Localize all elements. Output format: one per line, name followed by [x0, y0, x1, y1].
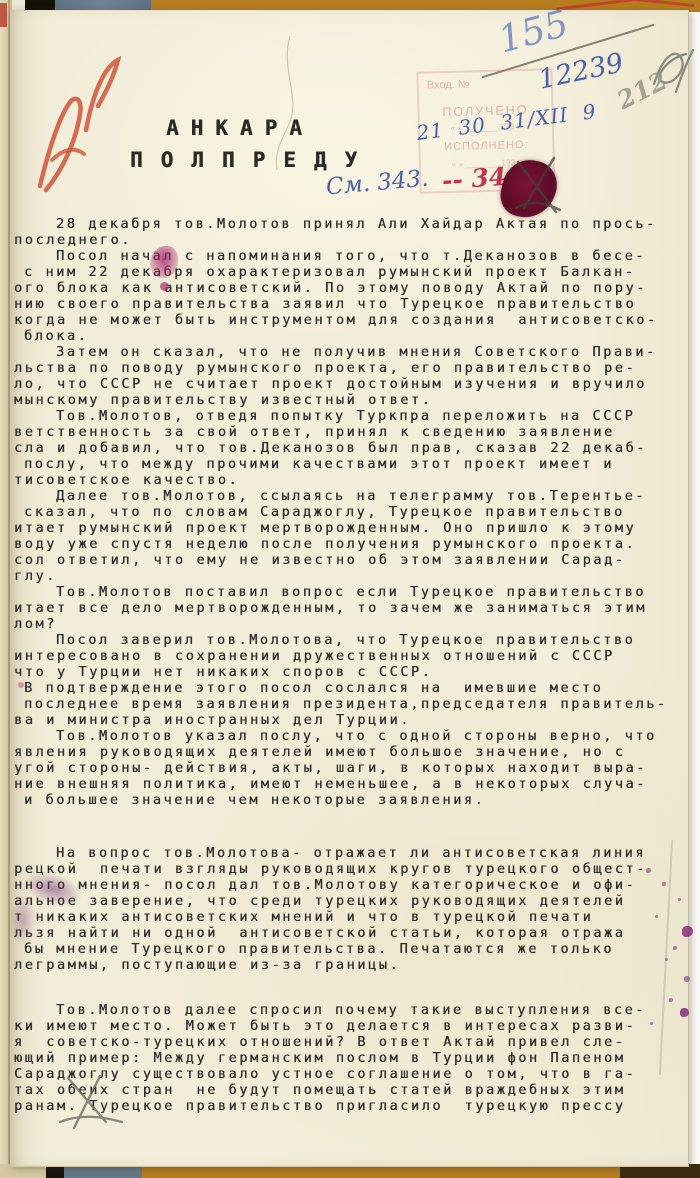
typed-line: рецкой печати взгляды руководящих кругов…: [14, 861, 686, 877]
typed-line: нию своего правительства заявил что Туре…: [14, 296, 686, 312]
typed-line: блока.: [24, 328, 686, 344]
red-speck: [18, 682, 24, 688]
typed-line: ние внешняя политика, имеют неменьшее, а…: [14, 776, 686, 792]
typed-line: последнее время заявления президента,пре…: [24, 696, 686, 712]
typed-line: последнего.: [14, 232, 686, 248]
pencil-cross-bottom: [54, 1072, 142, 1134]
typed-line: Тов.Молотов указал послу, что с одной ст…: [56, 728, 686, 744]
purple-speck: [682, 926, 693, 937]
document-page: 155 12239 212 Вход. № ПОЛУЧЕНО « » _____…: [10, 10, 689, 1167]
typed-line: итает все дело мертворожденным, то зачем…: [14, 600, 686, 616]
typed-line: Затем он сказал, что не получив мнения С…: [56, 344, 686, 360]
typed-line: леграммы, поступающие из-за границы.: [14, 957, 686, 973]
stamp-line: Вход. №: [419, 76, 551, 91]
typed-line: Далее тов.Молотов, ссылаясь на телеграмм…: [56, 488, 686, 504]
typed-line: тисоветское качество.: [14, 472, 686, 488]
typed-line: глу.: [14, 568, 686, 584]
typed-line: интересовано в сохранении дружественных …: [14, 648, 686, 664]
typed-line: и большее значение чем некоторые заявлен…: [24, 792, 686, 808]
typed-line: льзя найти ни одной антисоветской статьи…: [14, 925, 686, 941]
typed-line: т никаких антисоветских мнений и что в т…: [14, 909, 686, 925]
typed-line: сказал, что по словам Сараджоглу, Турецк…: [24, 504, 686, 520]
typed-line: когда не может быть инструментом для соз…: [14, 312, 686, 328]
typed-line: 28 декабря тов.Молотов принял Али Хайдар…: [56, 216, 686, 232]
typed-line: ло, что СССР не считает проект достойным…: [14, 376, 686, 392]
typed-line: альное заверение, что среди турецких рук…: [14, 893, 686, 909]
purple-smudge: [10, 896, 36, 944]
pencil-cross-over-blot: [508, 148, 570, 222]
header-city: АНКАРА: [166, 116, 314, 140]
typed-line: Тов.Молотов, отведя попытку Туркпра пере…: [56, 408, 686, 424]
typed-line: сла и добавил, что тов.Деканозов был пра…: [14, 440, 686, 456]
typed-line: мынскому правительству известный ответ.: [14, 392, 686, 408]
typed-line: Тов.Молотов поставил вопрос если Турецко…: [56, 584, 686, 600]
red-pencil-initials: [28, 48, 138, 193]
typed-line: нного мнения- посол дал тов.Молотову кат…: [14, 877, 686, 893]
typed-line: с ним 22 декабря охарактеризовал румынск…: [24, 264, 686, 280]
typed-line: послу, что между прочими качествами этот…: [24, 456, 686, 472]
typed-line: итает румынский проект мертворожденным. …: [14, 520, 686, 536]
typed-line: явления руководящих деятелей имеют больш…: [14, 744, 686, 760]
typed-line: воду уже спустя неделю после получения р…: [14, 536, 686, 552]
typed-line: ки имеют место. Может быть это делается …: [14, 1018, 686, 1034]
typed-line: ветственность за свой ответ, принял к св…: [14, 424, 686, 440]
typed-line: лом?: [14, 616, 686, 632]
purple-speck: [680, 1008, 689, 1017]
document-body: 28 декабря тов.Молотов принял Али Хайдар…: [14, 216, 686, 1114]
magenta-stain-dot: [160, 282, 169, 291]
corner-red-mark: [0, 3, 7, 27]
typed-line: бы мнение Турецкого правительства. Печат…: [24, 941, 686, 957]
typed-line: На вопрос тов.Молотова- отражает ли анти…: [56, 845, 686, 861]
typed-line: я советско-турецких отношений? В ответ А…: [14, 1034, 686, 1050]
reference-note-red: -- 34: [441, 162, 507, 195]
typed-line: ва и министра иностранных дел Турции.: [14, 712, 686, 728]
typed-line: угой стороны- действия, акты, шаги, в ко…: [14, 760, 686, 776]
typed-line: Тов.Молотов далее спросил почему такие в…: [56, 1002, 686, 1018]
typed-line: ого блока как антисоветский. По этому по…: [14, 280, 686, 296]
typed-line: ющий пример: Между германским послом в Т…: [14, 1050, 686, 1066]
purple-speck: [684, 976, 690, 982]
typed-line: льства по поводу румынского проекта, его…: [14, 360, 686, 376]
typed-line: В подтверждение этого посол сослался на …: [24, 680, 686, 696]
typed-line: сол ответил, что ему не известно об этом…: [14, 552, 686, 568]
header-addressee: ПОЛПРЕДУ: [130, 148, 375, 172]
typed-line: Посол заверил тов.Молотова, что Турецкое…: [56, 632, 686, 648]
typed-line: что у Турции нет никаких споров с СССР.: [14, 664, 686, 680]
